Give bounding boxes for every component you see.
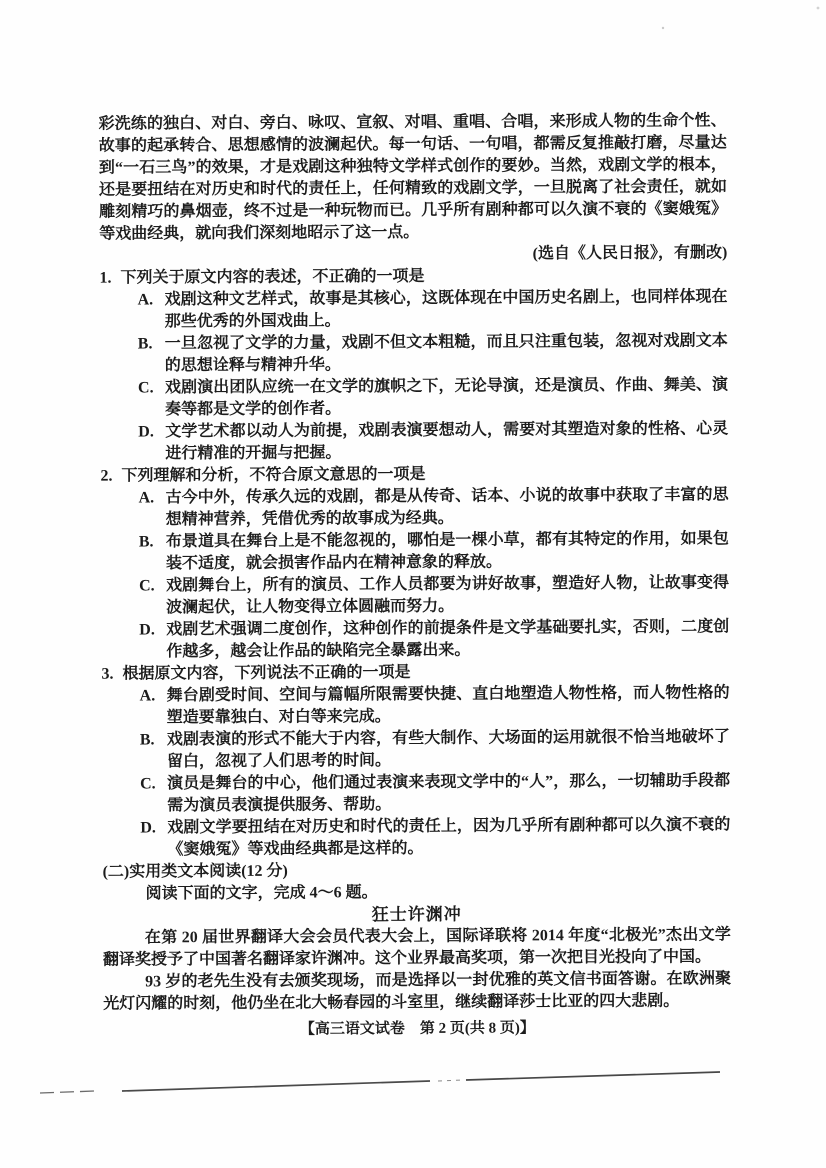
option-label: A. <box>139 487 166 531</box>
option-label: C. <box>138 377 165 421</box>
option-text: 戏剧艺术强调二度创作，这种创作的前提条件是文学基础要扎实，否则，二度创作越多，越… <box>166 616 729 663</box>
question-number: 3. <box>101 664 122 686</box>
option-text: 舞台剧受时间、空间与篇幅所限需要快捷、直白地塑造人物性格，而人物性格的塑造要靠独… <box>167 682 730 729</box>
passage-attribution: (选自《人民日报》，有删改) <box>99 242 727 267</box>
passage-continuation-text: 彩洗练的独白、对白、旁白、咏叹、宣叙、对唱、重唱、合唱，来形成人物的生命个性、故… <box>99 110 728 245</box>
page-content: 彩洗练的独白、对白、旁白、咏叹、宣叙、对唱、重唱、合唱，来形成人物的生命个性、故… <box>99 110 732 1041</box>
question-3-option-b: B.戏剧表演的形式不能大于内容，有些大制作、大场面的运用就很不恰当地破坏了留白，… <box>140 726 730 773</box>
question-2-option-a: A.古今中外，传承久远的戏剧，都是从传奇、话本、小说的故事中获取了丰富的思想精神… <box>139 484 729 531</box>
question-2-option-b: B.布景道具在舞台上是不能忽视的，哪怕是一棵小草，都有其特定的作用，如果包装不适… <box>139 528 729 575</box>
option-label: B. <box>138 333 165 377</box>
option-text: 戏剧表演的形式不能大于内容，有些大制作、大场面的运用就很不恰当地破坏了留白，忽视… <box>167 726 730 773</box>
question-1: 1.下列关于原文内容的表述，不正确的一项是 A.戏剧这种文艺样式，故事是其核心，… <box>99 264 728 465</box>
question-3-option-a: A.舞台剧受时间、空间与篇幅所限需要快捷、直白地塑造人物性格，而人物性格的塑造要… <box>140 682 730 729</box>
option-text: 戏剧文学要扭结在对历史和时代的责任上，因为几乎所有剧种都可以久演不衰的《窦娥冤》… <box>167 814 730 861</box>
option-label: B. <box>140 729 167 773</box>
option-text: 戏剧演出团队应统一在文学的旗帜之下，无论导演，还是演员、作曲、舞美、演奏等都是文… <box>165 374 728 421</box>
question-stem-text: 下列关于原文内容的表述，不正确的一项是 <box>120 266 424 290</box>
option-text: 古今中外，传承久远的戏剧，都是从传奇、话本、小说的故事中获取了丰富的思想精神营养… <box>166 484 729 531</box>
essay-paragraph-1: 在第 20 届世界翻译大会会员代表大会上，国际译联将 2014 年度“北极光”杰… <box>103 924 731 971</box>
question-number: 2. <box>100 466 121 488</box>
option-text: 文学艺术都以动人为前提，戏剧表演要想动人，需要对其塑造对象的性格、心灵进行精准的… <box>165 418 728 465</box>
option-label: D. <box>140 817 167 861</box>
option-text: 戏剧这种文艺样式，故事是其核心，这既体现在中国历史名剧上，也同样体现在那些优秀的… <box>164 286 727 333</box>
option-text: 演员是舞台的中心，他们通过表演来表现文学中的“人”，那么，一切辅助手段都需为演员… <box>167 770 730 817</box>
question-2-stem: 2.下列理解和分析，不符合原文意思的一项是 <box>100 462 728 487</box>
page-footer: 【高三语文试卷 第 2 页(共 8 页)】 <box>103 1016 731 1041</box>
exam-page: 彩洗练的独白、对白、旁白、咏叹、宣叙、对唱、重唱、合唱，来形成人物的生命个性、故… <box>0 0 826 1168</box>
option-label: B. <box>139 531 166 575</box>
question-stem-text: 下列理解和分析，不符合原文意思的一项是 <box>121 464 425 488</box>
option-text: 布景道具在舞台上是不能忽视的，哪怕是一棵小草，都有其特定的作用，如果包装不适度，… <box>166 528 729 575</box>
question-1-stem: 1.下列关于原文内容的表述，不正确的一项是 <box>99 264 727 289</box>
option-label: C. <box>140 773 167 817</box>
question-stem-text: 根据原文内容，下列说法不正确的一项是 <box>122 662 410 686</box>
question-3-option-d: D.戏剧文学要扭结在对历史和时代的责任上，因为几乎所有剧种都可以久演不衰的《窦娥… <box>140 814 730 861</box>
question-2-option-c: C.戏剧舞台上，所有的演员、工作人员都要为讲好故事，塑造好人物，让故事变得波澜起… <box>139 572 729 619</box>
essay-paragraph-2: 93 岁的老先生没有去颁奖现场，而是选择以一封优雅的英文信书面答谢。在欧洲聚光灯… <box>103 968 731 1015</box>
option-text: 一旦忽视了文学的力量，戏剧不但文本粗糙，而且只注重包装，忽视对戏剧文本的思想诠释… <box>165 330 728 377</box>
option-label: D. <box>139 619 166 663</box>
question-1-option-a: A.戏剧这种文艺样式，故事是其核心，这既体现在中国历史名剧上，也同样体现在那些优… <box>137 286 727 333</box>
question-3-option-c: C.演员是舞台的中心，他们通过表演来表现文学中的“人”，那么，一切辅助手段都需为… <box>140 770 730 817</box>
question-1-option-c: C.戏剧演出团队应统一在文学的旗帜之下，无论导演，还是演员、作曲、舞美、演奏等都… <box>138 374 728 421</box>
question-2: 2.下列理解和分析，不符合原文意思的一项是 A.古今中外，传承久远的戏剧，都是从… <box>100 462 729 663</box>
option-text: 戏剧舞台上，所有的演员、工作人员都要为讲好故事，塑造好人物，让故事变得波澜起伏，… <box>166 572 729 619</box>
question-1-option-b: B.一旦忽视了文学的力量，戏剧不但文本粗糙，而且只注重包装，忽视对戏剧文本的思想… <box>138 330 728 377</box>
option-label: A. <box>140 685 167 729</box>
option-label: D. <box>138 421 165 465</box>
option-label: A. <box>137 289 164 333</box>
question-1-option-d: D.文学艺术都以动人为前提，戏剧表演要想动人，需要对其塑造对象的性格、心灵进行精… <box>138 418 728 465</box>
question-number: 1. <box>99 268 120 290</box>
question-3: 3.根据原文内容，下列说法不正确的一项是 A.舞台剧受时间、空间与篇幅所限需要快… <box>101 660 730 861</box>
option-label: C. <box>139 575 166 619</box>
question-2-option-d: D.戏剧艺术强调二度创作，这种创作的前提条件是文学基础要扎实，否则，二度创作越多… <box>139 616 729 663</box>
